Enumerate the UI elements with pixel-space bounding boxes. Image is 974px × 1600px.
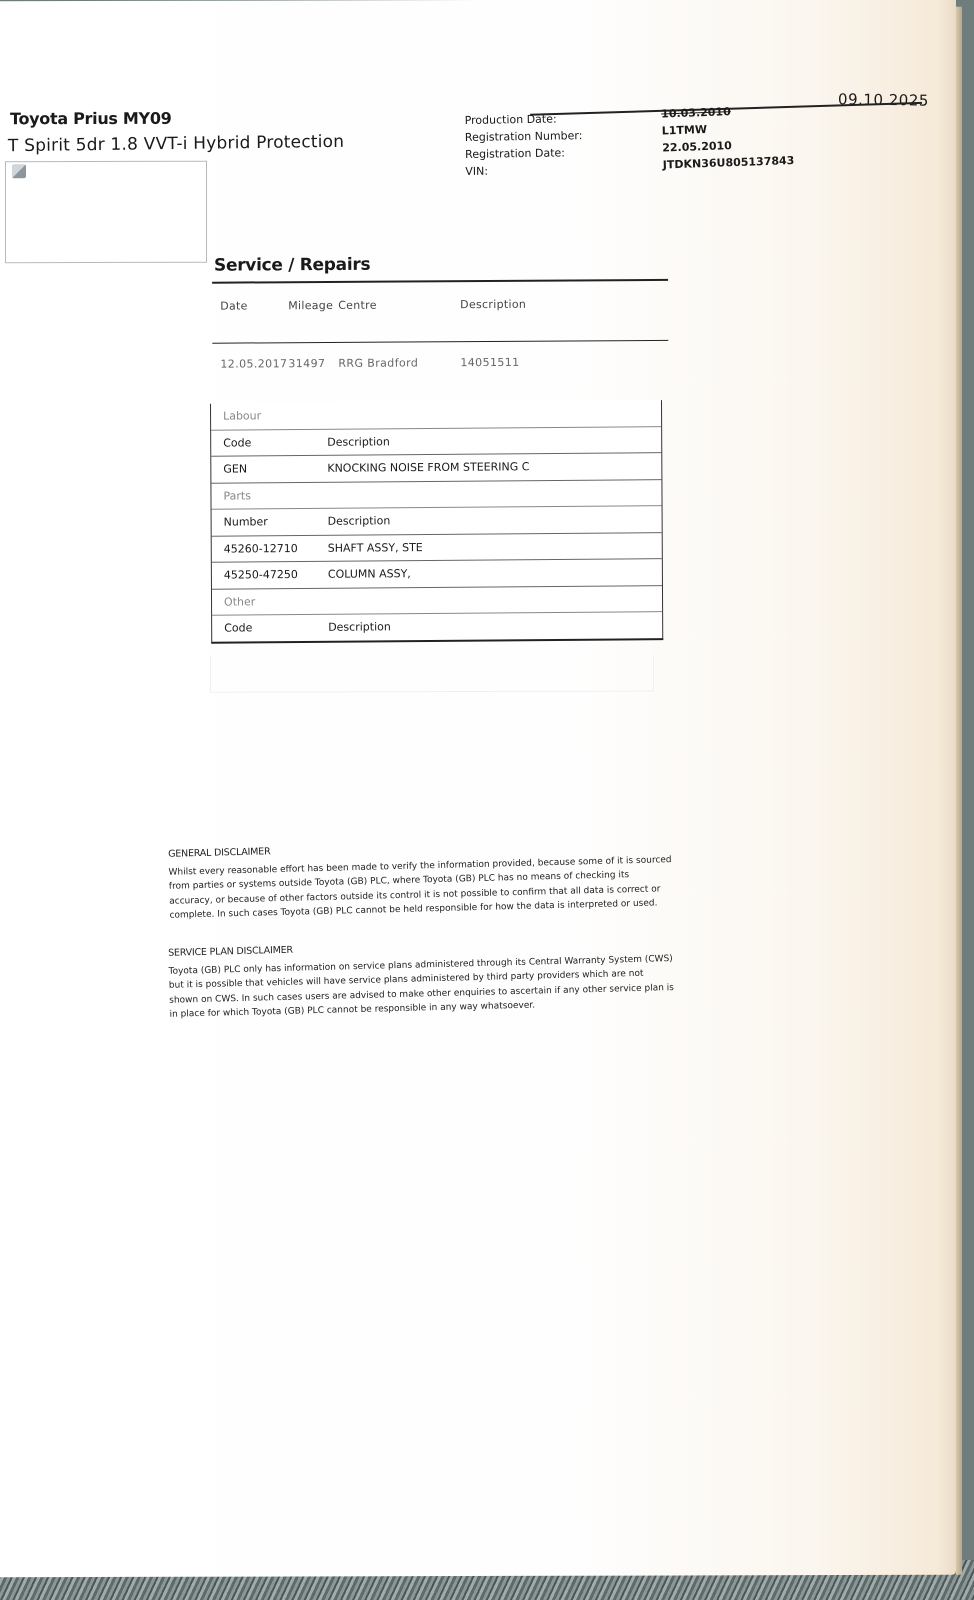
labour-label: Labour <box>223 410 261 423</box>
vehicle-info-values: 10.03.2010 L1TMW 22.05.2010 JTDKN36U8051… <box>661 101 795 173</box>
record-mileage: 31497 <box>288 357 338 370</box>
label-vin: VIN: <box>465 161 583 180</box>
other-header: Code Description <box>212 612 662 641</box>
other-label: Other <box>224 595 255 608</box>
col-centre: Centre <box>338 298 460 312</box>
general-disclaimer: GENERAL DISCLAIMER Whilst every reasonab… <box>168 835 682 923</box>
service-plan-disclaimer: SERVICE PLAN DISCLAIMER Toyota (GB) PLC … <box>168 934 682 1022</box>
record-centre: RRG Bradford <box>338 356 460 370</box>
vehicle-variant: T Spirit 5dr 1.8 VVT-i Hybrid Protection <box>8 132 344 156</box>
show-through-artifact <box>210 655 654 693</box>
parts-group: Parts <box>211 480 661 510</box>
broken-image-icon <box>12 164 26 178</box>
vehicle-model: Toyota Prius MY09 <box>10 109 171 128</box>
parts-header: Number Description <box>212 506 662 536</box>
other-col-code: Code <box>224 621 328 635</box>
parts-col-description: Description <box>328 515 391 528</box>
other-col-description: Description <box>328 621 391 634</box>
labour-description: KNOCKING NOISE FROM STEERING C <box>327 460 529 475</box>
labour-code: GEN <box>223 462 327 476</box>
col-description: Description <box>460 297 526 310</box>
record-description: 14051511 <box>460 356 519 369</box>
label-registration-date: Registration Date: <box>465 144 583 163</box>
vehicle-info-labels: Production Date: Registration Number: Re… <box>465 110 583 180</box>
label-registration-number: Registration Number: <box>465 127 583 146</box>
labour-col-code: Code <box>223 436 327 450</box>
parts-row: 45260-12710 SHAFT ASSY, STE <box>212 533 662 563</box>
part-number: 45250-47250 <box>224 568 328 582</box>
service-record-detail: Labour Code Description GEN KNOCKING NOI… <box>210 400 663 643</box>
record-date: 12.05.2017 <box>220 357 288 370</box>
service-repairs-section: Service / Repairs Date Mileage Centre De… <box>212 253 668 371</box>
service-columns: Date Mileage Centre Description <box>212 280 668 342</box>
section-title: Service / Repairs <box>212 253 668 276</box>
labour-group: Labour <box>211 400 661 430</box>
labour-row: GEN KNOCKING NOISE FROM STEERING C <box>211 453 661 483</box>
labour-col-description: Description <box>327 435 390 448</box>
part-description: SHAFT ASSY, STE <box>328 541 423 555</box>
col-mileage: Mileage <box>288 298 338 311</box>
part-number: 45260-12710 <box>224 542 328 556</box>
other-group: Other <box>212 586 662 616</box>
service-record: 12.05.2017 31497 RRG Bradford 14051511 <box>212 341 668 371</box>
value-vin: JTDKN36U805137843 <box>663 152 795 173</box>
col-date: Date <box>220 299 288 312</box>
parts-row: 45250-47250 COLUMN ASSY, <box>212 559 662 589</box>
paper-page: Toyota Prius MY09 T Spirit 5dr 1.8 VVT-i… <box>0 0 956 1577</box>
parts-col-number: Number <box>224 515 328 529</box>
labour-header: Code Description <box>211 427 661 457</box>
vehicle-image-placeholder <box>5 161 207 264</box>
label-production-date: Production Date: <box>465 110 583 129</box>
print-date: 09.10.2025 <box>838 90 929 109</box>
parts-label: Parts <box>223 489 251 502</box>
part-description: COLUMN ASSY, <box>328 567 411 581</box>
